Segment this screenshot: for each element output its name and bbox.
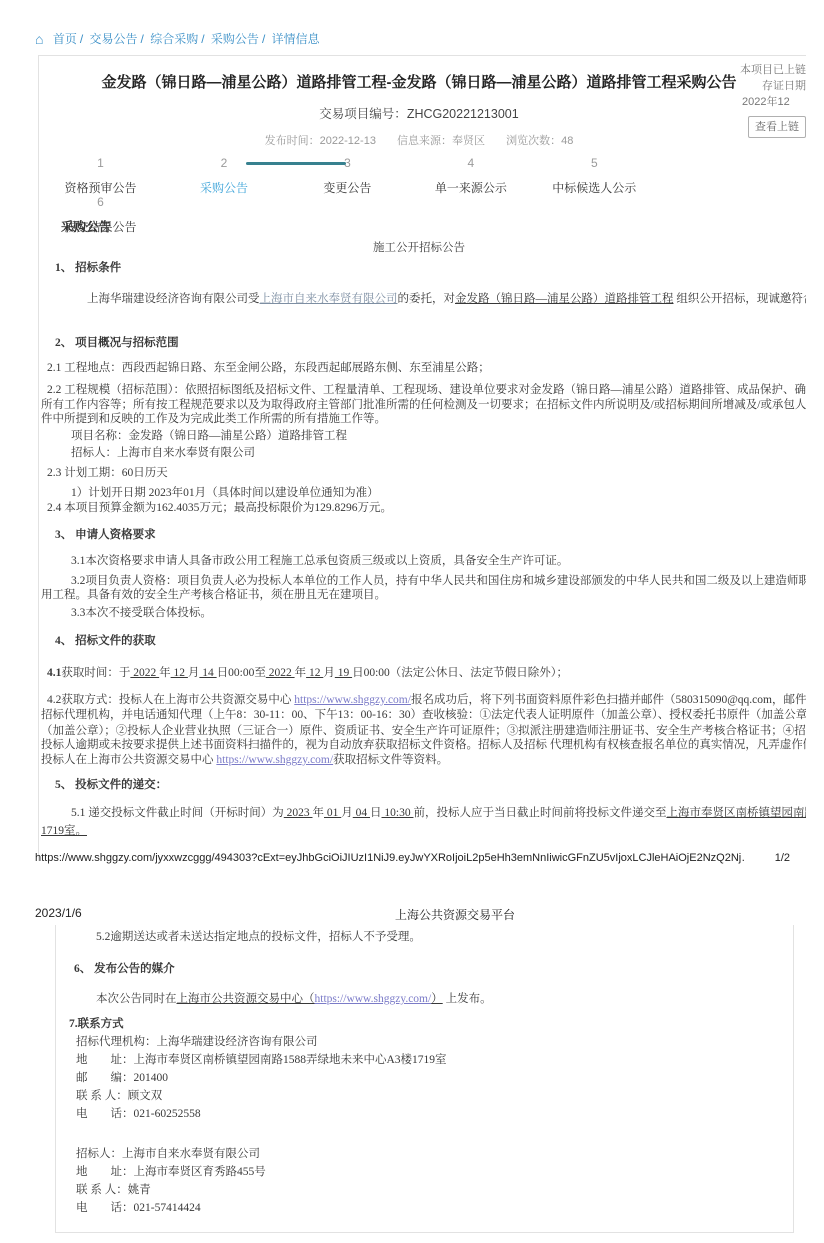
step-number: 6 (41, 195, 160, 209)
print-footer-page-number: 1/2 (775, 852, 790, 864)
line-2-2b: 所有工作内容等；所有按工程规范要求以及为取得政府主管部门批准所需的任何检测及一切… (41, 398, 806, 412)
line-5-2: 5.2逾期送达或者未送达指定地点的投标文件，招标人不予受理。 (96, 930, 793, 944)
text-segment: 年 (295, 667, 307, 679)
text-segment: 日 (370, 807, 382, 819)
print-footer: https://www.shggzy.com/jyxxwzcggg/494303… (35, 852, 790, 864)
line-2-3: 2.3 计划工期：60日历天 (47, 466, 806, 480)
meta-line: 发布时间：2022-12-13 信息来源：奉贤区 浏览次数：48 (39, 135, 799, 148)
notice-heading: 施工公开招标公告 (39, 241, 799, 255)
section-3-heading: 3、 申请人资格要求 (55, 528, 806, 542)
text-segment: 月 (341, 807, 353, 819)
step-label: 变更公告 (288, 181, 407, 195)
step-number: 5 (535, 156, 654, 170)
text-segment: 上海华瑞建设经济咨询有限公司受 (87, 293, 260, 305)
text-segment: 01 (324, 807, 341, 819)
print-page: ⌂ 首页/ 交易公告/ 综合采购/ 采购公告/ 详情信息 本项目已上链 存证日期… (0, 0, 806, 1243)
breadcrumb-separator: / (80, 32, 83, 46)
text-segment: 1719室。 (41, 825, 87, 837)
contact-line-agency-name: 招标代理机构：上海华瑞建设经济咨询有限公司 (76, 1035, 793, 1049)
contact-line-agency-address: 地 址：上海市奉贤区南桥镇望园南路1588弄绿地未来中心A3楼1719室 (76, 1053, 793, 1067)
home-icon[interactable]: ⌂ (35, 31, 43, 47)
text-segment: 金发路（锦日路—浦星公路）道路排管工程 (455, 293, 674, 305)
line-2-3-1: 1）计划开日期 2023年01月（具体时间以建设单位通知为准） (71, 486, 806, 500)
agency-contact-block: 招标代理机构：上海华瑞建设经济咨询有限公司 地 址：上海市奉贤区南桥镇望园南路1… (76, 1035, 793, 1121)
contact-line-owner-address: 地 址：上海市奉贤区育秀路455号 (76, 1165, 793, 1179)
text-segment: 组织公开招标，现诚邀符合投标单位资质要求的单 (674, 293, 807, 305)
text-segment: 前，投标人应于当日截止时间前将投标文件递交至 (413, 807, 666, 819)
line-media: 本次公告同时在上海市公共资源交易中心（https://www.shggzy.co… (96, 992, 793, 1006)
contact-line-owner-phone: 电 话：021-57414424 (76, 1201, 793, 1215)
site-name: 上海公共资源交易平台 (395, 906, 515, 923)
line-tenderee: 招标人：上海市自来水奉贤有限公司 (71, 446, 806, 460)
line-4-1: 4.1获取时间：于 2022 年 12 月 14 日00:00至 2022 年 … (47, 666, 806, 680)
inline-link[interactable]: https://www.shggzy.com/ (315, 993, 432, 1005)
text-segment: 2023 (284, 807, 313, 819)
line-4-2c: （加盖公章）；②投标人企业营业执照（三证合一）原件、资质证书、安全生产许可证原件… (41, 724, 806, 738)
inline-link[interactable]: 上海市自来水奉贤有限公司 (260, 293, 398, 305)
line-4-2d: 投标人逾期或未按要求提供上述书面资料扫描件的，视为自动放弃获取招标文件资格。招标… (41, 738, 806, 752)
step-label: 中标候选人公示 (535, 181, 654, 195)
breadcrumb-separator: / (201, 32, 204, 46)
text-segment: 的委托，对 (398, 293, 456, 305)
progress-line (246, 162, 346, 165)
line-3-1: 3.1本次资格要求申请人具备市政公用工程施工总承包资质三级或以上资质，具备安全生… (71, 554, 806, 568)
line-3-2b: 用工程。具备有效的安全生产考核合格证书，须在册且无在建项目。 (41, 588, 806, 602)
step-label: 资格预审公告 (41, 181, 160, 195)
contact-line-agency-zip: 邮 编：201400 (76, 1071, 793, 1085)
text-segment: 日00:00至 (217, 667, 266, 679)
line-5-1b: 1719室。 (41, 824, 806, 838)
section-4-heading: 4、 招标文件的获取 (55, 634, 806, 648)
announcement-page-1: 金发路（锦日路—浦星公路）道路排管工程-金发路（锦日路—浦星公路）道路排管工程采… (38, 55, 806, 861)
step-winner-candidates[interactable]: 5中标候选人公示 (535, 156, 654, 195)
spacer (56, 1121, 793, 1143)
inline-link[interactable]: https://www.shggzy.com/ (216, 754, 333, 766)
title-block: 金发路（锦日路—浦星公路）道路排管工程-金发路（锦日路—浦星公路）道路排管工程采… (39, 71, 799, 148)
paragraph-1: 上海华瑞建设经济咨询有限公司受上海市自来水奉贤有限公司的委托，对金发路（锦日路—… (87, 292, 806, 306)
text-segment: 14 (199, 667, 216, 679)
text-segment: ） (431, 993, 443, 1005)
text-segment: 本次公告同时在 (96, 993, 177, 1005)
step-single-source[interactable]: 4单一来源公示 (411, 156, 530, 195)
text-segment: 获取招标文件等资料。 (333, 754, 448, 766)
contact-line-agency-phone: 电 话：021-60252558 (76, 1107, 793, 1121)
project-number-line: 交易项目编号：ZHCG20221213001 (39, 107, 799, 121)
line-2-4: 2.4 本项目预算金额为162.4035万元；最高投标限价为129.8296万元… (47, 501, 806, 515)
line-4-2a: 4.2获取方式：投标人在上海市公共资源交易中心 https://www.shgg… (47, 693, 806, 707)
text-segment: 年 (313, 807, 325, 819)
breadcrumb-separator: / (262, 32, 265, 46)
text-segment: 4.1 (47, 667, 61, 679)
breadcrumb-item-trade-notice[interactable]: 交易公告 (90, 32, 138, 46)
tenderee-contact-block: 招标人：上海市自来水奉贤有限公司 地 址：上海市奉贤区育秀路455号 联 系 人… (76, 1147, 793, 1215)
text-segment: 04 (353, 807, 370, 819)
contact-line-owner-name: 招标人：上海市自来水奉贤有限公司 (76, 1147, 793, 1161)
section-7-heading: 7.联系方式 (69, 1017, 793, 1031)
section-6-heading: 6、 发布公告的媒介 (74, 962, 793, 976)
text-segment: 上海市公共资源交易中心（ (177, 993, 315, 1005)
line-project-name: 项目名称：金发路（锦日路—浦星公路）道路排管工程 (71, 429, 806, 443)
print-footer-url: https://www.shggzy.com/jyxxwzcggg/494303… (35, 852, 745, 864)
breadcrumb-item-procurement-notice[interactable]: 采购公告 (211, 32, 259, 46)
breadcrumb-item-detail: 详情信息 (272, 32, 320, 46)
text-segment: 4.2获取方式：投标人在上海市公共资源交易中心 (47, 694, 294, 706)
section-1-heading: 1、 招标条件 (55, 261, 806, 275)
breadcrumb-item-comprehensive-procurement[interactable]: 综合采购 (150, 32, 198, 46)
contact-line-owner-person: 联 系 人：姚青 (76, 1183, 793, 1197)
breadcrumb: ⌂ 首页/ 交易公告/ 综合采购/ 采购公告/ 详情信息 (35, 30, 322, 47)
text-segment: 投标人在上海市公共资源交易中心 (41, 754, 216, 766)
notice-type-steps: 1资格预审公告 2采购公告 3变更公告 4单一来源公示 5中标候选人公示 6成交… (41, 156, 761, 210)
line-4-2b: 招标代理机构，并电话通知代理（上午8：30-11：00、下午13：00-16：3… (41, 708, 806, 722)
line-2-2c: 件中所提到和反映的工作及为完成此类工作所需的所有措施工作等。 (41, 412, 806, 426)
line-5-1a: 5.1 递交投标文件截止时间（开标时间）为 2023 年 01 月 04 日 1… (71, 806, 806, 820)
text-segment: 19 (335, 667, 352, 679)
page-title: 金发路（锦日路—浦星公路）道路排管工程-金发路（锦日路—浦星公路）道路排管工程采… (99, 71, 739, 94)
print-date: 2023/1/6 (35, 906, 82, 920)
text-segment: 月 (188, 667, 200, 679)
section-5-heading: 5、 投标文件的递交： (55, 778, 806, 792)
text-segment: 12 (306, 667, 323, 679)
breadcrumb-item-home[interactable]: 首页 (53, 32, 77, 46)
text-segment: 上海市奉贤区南桥镇望园南路1588弄绿地未 (666, 807, 806, 819)
project-number-value: ZHCG20221213001 (407, 107, 519, 121)
line-3-3: 3.3本次不接受联合体投标。 (71, 606, 806, 620)
text-segment: 2022 (266, 667, 295, 679)
inline-link[interactable]: https://www.shggzy.com/ (294, 694, 411, 706)
step-prequalification-notice[interactable]: 1资格预审公告 (41, 156, 160, 195)
text-segment: 10:30 (382, 807, 414, 819)
document-body: 施工公开招标公告 1、 招标条件 上海华瑞建设经济咨询有限公司受上海市自来水奉贤… (39, 241, 806, 838)
announcement-page-2: 5.2逾期送达或者未送达指定地点的投标文件，招标人不予受理。 6、 发布公告的媒… (55, 925, 794, 1233)
view-count: 浏览次数：48 (506, 135, 573, 147)
current-section-label: 采购公告 (61, 220, 806, 234)
text-segment: 月 (323, 667, 335, 679)
info-source: 信息来源：奉贤区 (397, 135, 485, 147)
text-segment: 年 (159, 667, 171, 679)
step-result-notice[interactable]: 6成交结果公告 (41, 195, 160, 234)
text-segment: 12 (171, 667, 188, 679)
step-label: 成交结果公告 (41, 220, 160, 234)
project-number-label: 交易项目编号： (319, 107, 407, 121)
step-label: 单一来源公示 (411, 181, 530, 195)
line-3-2a: 3.2项目负责人资格：项目负责人必为投标人本单位的工作人员，持有中华人民共和国住… (71, 574, 806, 588)
text-segment: 报名成功后，将下列书面资料原件彩色扫描并邮件（580315090@qq.com，… (411, 694, 806, 706)
text-segment: 日00:00（法定公休日、法定节假日除外）； (352, 667, 568, 679)
line-2-1: 2.1 工程地点：西段西起锦日路、东至金闸公路，东段西起邮展路东侧、东至浦星公路… (47, 361, 806, 375)
text-segment: 5.1 递交投标文件截止时间（开标时间）为 (71, 807, 284, 819)
line-4-2e: 投标人在上海市公共资源交易中心 https://www.shggzy.com/获… (41, 753, 806, 767)
step-label: 采购公告 (164, 181, 283, 195)
line-2-2a: 2.2 工程规模（招标范围）：依照招标图纸及招标文件、工程量清单、工程现场、建设… (47, 383, 806, 397)
section-2-heading: 2、 项目概况与招标范围 (55, 336, 806, 350)
contact-line-agency-person: 联 系 人：顾文双 (76, 1089, 793, 1103)
text-segment: 获取时间：于 (61, 667, 130, 679)
step-number: 1 (41, 156, 160, 170)
breadcrumb-separator: / (141, 32, 144, 46)
publish-date: 发布时间：2022-12-13 (265, 135, 376, 147)
text-segment: 上发布。 (443, 993, 492, 1005)
text-segment: 2022 (130, 667, 159, 679)
step-number: 4 (411, 156, 530, 170)
